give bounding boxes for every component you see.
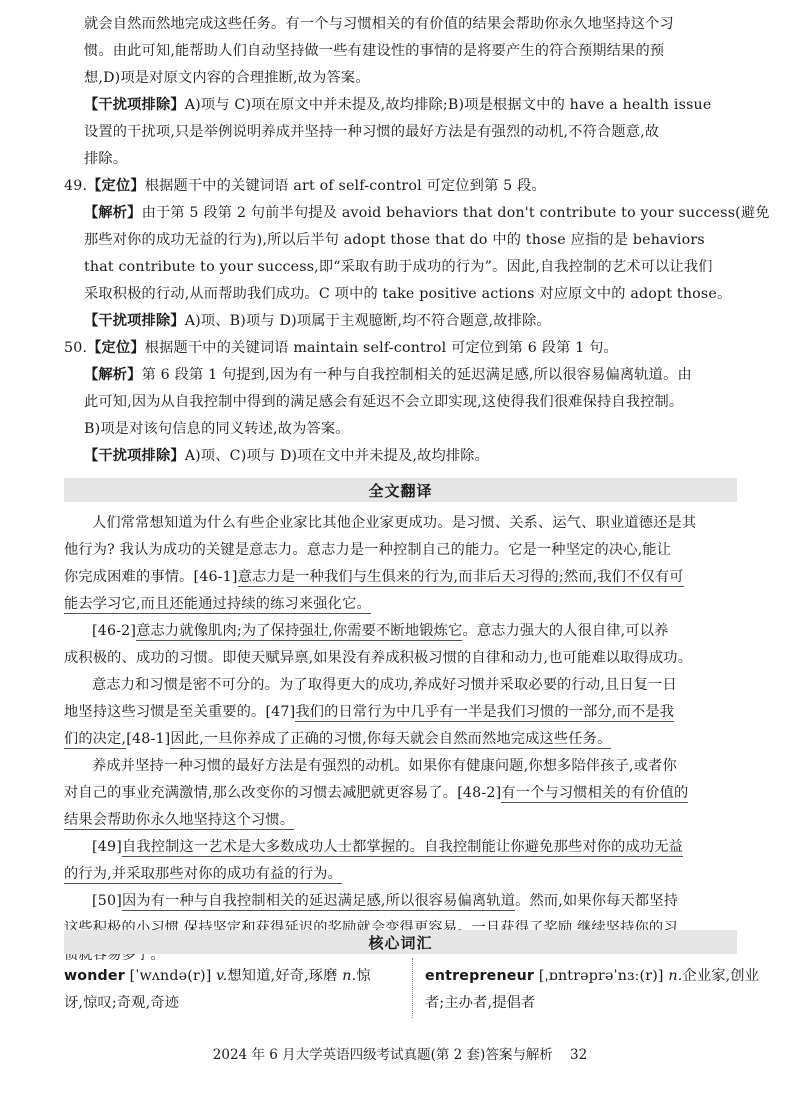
vocab-definition: 企业家,创业 (682, 968, 759, 984)
answer-mark: [47] (265, 704, 295, 720)
underlined-answer: 有一个与习惯相关的有价值的 (501, 785, 688, 803)
vocab-entry-entrepreneur-cont: 者;主办者,提倡者 (425, 993, 535, 1013)
section-header-vocabulary: 核心词汇 (64, 930, 737, 954)
q49-analysis-line: 采取积极的行动,从而帮助我们成功。C 项中的 take positive act… (84, 284, 731, 304)
distractor-tag: 【干扰项排除】 (84, 448, 185, 464)
question-number: 49. (64, 178, 87, 194)
vocab-entry-wonder-cont: 讶,惊叹;奇观,奇迹 (64, 993, 179, 1013)
page-number: 32 (570, 1047, 587, 1063)
underlined-answer: 因此,一旦你养成了正确的习惯,你每天就会自然而然地完成这些任务。 (170, 731, 611, 749)
vocab-definition: 惊 (356, 968, 370, 984)
section-title: 核心词汇 (64, 932, 737, 953)
q48-analysis-line: 惯。由此可知,能帮助人们自动坚持做一些有建设性的事情的是将要产生的符合预期结果的… (84, 41, 664, 61)
translation-line: 人们常常想知道为什么有些企业家比其他企业家更成功。是习惯、关系、运气、职业道德还… (92, 513, 696, 533)
q49-locate: 49.【定位】根据题干中的关键词语 art of self-control 可定… (64, 176, 546, 196)
vocab-entry-wonder: wonder [ˈwʌndə(r)] v.想知道,好奇,琢磨 n.惊 (64, 966, 371, 986)
vocab-pos: n. (342, 968, 356, 984)
q50-analysis-line: B)项是对该句信息的同义转述,故为答案。 (84, 419, 350, 439)
q49-analysis-line: that contribute to your success,即“采取有助于成… (84, 257, 713, 277)
q48-distractor-line: 设置的干扰项,只是举例说明养成并坚持一种习惯的最好方法是有强烈的动机,不符合题意… (84, 122, 659, 142)
translation-line: 他行为? 我认为成功的关键是意志力。意志力是一种控制自己的能力。它是一种坚定的决… (64, 540, 671, 560)
vocab-definition: 想知道,好奇,琢磨 (227, 968, 337, 984)
vocab-entry-entrepreneur: entrepreneur [ˌɒntrəprəˈnɜː(r)] n.企业家,创业 (425, 966, 759, 986)
section-header-translation: 全文翻译 (64, 478, 737, 502)
answer-mark: [46-1] (194, 569, 238, 585)
q50-analysis: 【解析】第 6 段第 1 句提到,因为有一种与自我控制相关的延迟满足感,所以很容… (84, 365, 692, 385)
q48-analysis-line: 就会自然而然地完成这些任务。有一个与习惯相关的有价值的结果会帮助你永久地坚持这个… (84, 14, 674, 34)
vocab-phonetic: [ˈwʌndə(r)] (130, 968, 212, 984)
underlined-answer: 们的决定, (64, 731, 126, 749)
distractor-text: A)项、C)项与 D)项在文中并未提及,故均排除。 (185, 448, 489, 464)
analysis-text: 第 6 段第 1 句提到,因为有一种与自我控制相关的延迟满足感,所以很容易偏离轨… (142, 367, 692, 383)
locate-text: 根据题干中的关键词语 maintain self-control 可定位到第 6… (145, 340, 618, 356)
answer-mark: [50] (92, 893, 122, 909)
translation-line: 意志力和习惯是密不可分的。为了取得更大的成功,养成好习惯并采取必要的行动,且日复… (92, 675, 677, 695)
plain-text: 你完成困难的事情。 (64, 569, 194, 585)
underlined-answer: 意志力就像肌肉;为了保持强壮,你需要不断地锻炼它 (136, 623, 462, 641)
underlined-answer: 结果会帮助你永久地坚持这个习惯。 (64, 812, 294, 830)
q49-analysis-line: 那些对你的成功无益的行为),所以后半句 adopt those that do … (84, 230, 705, 250)
vocab-pos: v. (216, 968, 227, 984)
analysis-text: 由于第 5 段第 2 句前半句提及 avoid behaviors that d… (142, 205, 770, 221)
plain-text: 。意志力强大的人很自律,可以养 (462, 623, 668, 639)
q50-distractor: 【干扰项排除】A)项、C)项与 D)项在文中并未提及,故均排除。 (84, 446, 489, 466)
translation-line: [49]自我控制这一艺术是大多数成功人士都掌握的。自我控制能让你避免那些对你的成… (92, 837, 683, 857)
q49-distractor: 【干扰项排除】A)项、B)项与 D)项属于主观臆断,均不符合题意,故排除。 (84, 311, 551, 331)
q48-analysis-line: 想,D)项是对原文内容的合理推断,故为答案。 (84, 68, 370, 88)
vocab-word: entrepreneur (425, 968, 534, 984)
q48-distractor-line: 排除。 (84, 149, 127, 169)
translation-line: 们的决定,[48-1]因此,一旦你养成了正确的习惯,你每天就会自然而然地完成这些… (64, 729, 611, 749)
answer-mark: [49] (92, 839, 122, 855)
answer-mark: [48-2] (457, 785, 501, 801)
vocab-pos: n. (668, 968, 682, 984)
page-footer: 2024 年 6 月大学英语四级考试真题(第 2 套)答案与解析 32 (0, 1043, 800, 1063)
underlined-answer: 意志力是一种我们与生俱来的行为,而非后天习得的;然而,我们不仅有可 (238, 569, 684, 587)
underlined-answer: 自我控制这一艺术是大多数成功人士都掌握的。自我控制能让你避免那些对你的成功无益 (122, 839, 683, 857)
translation-line: 地坚持这些习惯是至关重要的。[47]我们的日常行为中几乎有一半是我们习惯的一部分… (64, 702, 674, 722)
vocab-column-divider (412, 958, 413, 1018)
underlined-answer: 我们的日常行为中几乎有一半是我们习惯的一部分,而不是我 (295, 704, 674, 722)
plain-text: 。然而,如果你每天都坚持 (515, 893, 678, 909)
locate-tag: 【定位】 (87, 178, 145, 194)
section-title: 全文翻译 (64, 480, 737, 501)
answer-mark: [48-1] (126, 731, 170, 747)
underlined-answer: 的行为,并采取那些对你的成功有益的行为。 (64, 866, 342, 884)
locate-tag: 【定位】 (87, 340, 145, 356)
q49-analysis: 【解析】由于第 5 段第 2 句前半句提及 avoid behaviors th… (84, 203, 770, 223)
translation-line: 你完成困难的事情。[46-1]意志力是一种我们与生俱来的行为,而非后天习得的;然… (64, 567, 684, 587)
q50-locate: 50.【定位】根据题干中的关键词语 maintain self-control … (64, 338, 618, 358)
distractor-text: A)项与 C)项在原文中并未提及,故均排除;B)项是根据文中的 have a h… (185, 97, 712, 113)
answer-mark: [46-2] (92, 623, 136, 639)
translation-line: 结果会帮助你永久地坚持这个习惯。 (64, 810, 294, 830)
plain-text: 对自己的事业充满激情,那么改变你的习惯去减肥就更容易了。 (64, 785, 457, 801)
translation-line: 的行为,并采取那些对你的成功有益的行为。 (64, 864, 342, 884)
translation-line: [46-2]意志力就像肌肉;为了保持强壮,你需要不断地锻炼它。意志力强大的人很自… (92, 621, 669, 641)
question-number: 50. (64, 340, 87, 356)
vocab-word: wonder (64, 968, 125, 984)
footer-title: 2024 年 6 月大学英语四级考试真题(第 2 套)答案与解析 (213, 1047, 553, 1063)
translation-line: 成积极的、成功的习惯。即使天赋异禀,如果没有养成积极习惯的自律和动力,也可能难以… (64, 648, 692, 668)
underlined-answer: 能去学习它,而且还能通过持续的练习来强化它。 (64, 596, 371, 614)
plain-text: 地坚持这些习惯是至关重要的。 (64, 704, 265, 720)
q50-analysis-line: 此可知,因为从自我控制中得到的满足感会有延迟不会立即实现,这使得我们很难保持自我… (84, 392, 683, 412)
vocab-phonetic: [ˌɒntrəprəˈnɜː(r)] (539, 968, 664, 984)
underlined-answer: 因为有一种与自我控制相关的延迟满足感,所以很容易偏离轨道 (122, 893, 515, 911)
distractor-tag: 【干扰项排除】 (84, 313, 185, 329)
analysis-tag: 【解析】 (84, 205, 142, 221)
translation-line: 对自己的事业充满激情,那么改变你的习惯去减肥就更容易了。[48-2]有一个与习惯… (64, 783, 688, 803)
translation-line: [50]因为有一种与自我控制相关的延迟满足感,所以很容易偏离轨道。然而,如果你每… (92, 891, 678, 911)
locate-text: 根据题干中的关键词语 art of self-control 可定位到第 5 段… (145, 178, 546, 194)
distractor-text: A)项、B)项与 D)项属于主观臆断,均不符合题意,故排除。 (185, 313, 551, 329)
distractor-tag: 【干扰项排除】 (84, 97, 185, 113)
q48-distractor-line: 【干扰项排除】A)项与 C)项在原文中并未提及,故均排除;B)项是根据文中的 h… (84, 95, 711, 115)
translation-line: 养成并坚持一种习惯的最好方法是有强烈的动机。如果你有健康问题,你想多陪伴孩子,或… (92, 756, 677, 776)
analysis-tag: 【解析】 (84, 367, 142, 383)
translation-line: 能去学习它,而且还能通过持续的练习来强化它。 (64, 594, 371, 614)
document-page: 就会自然而然地完成这些任务。有一个与习惯相关的有价值的结果会帮助你永久地坚持这个… (0, 0, 800, 1114)
